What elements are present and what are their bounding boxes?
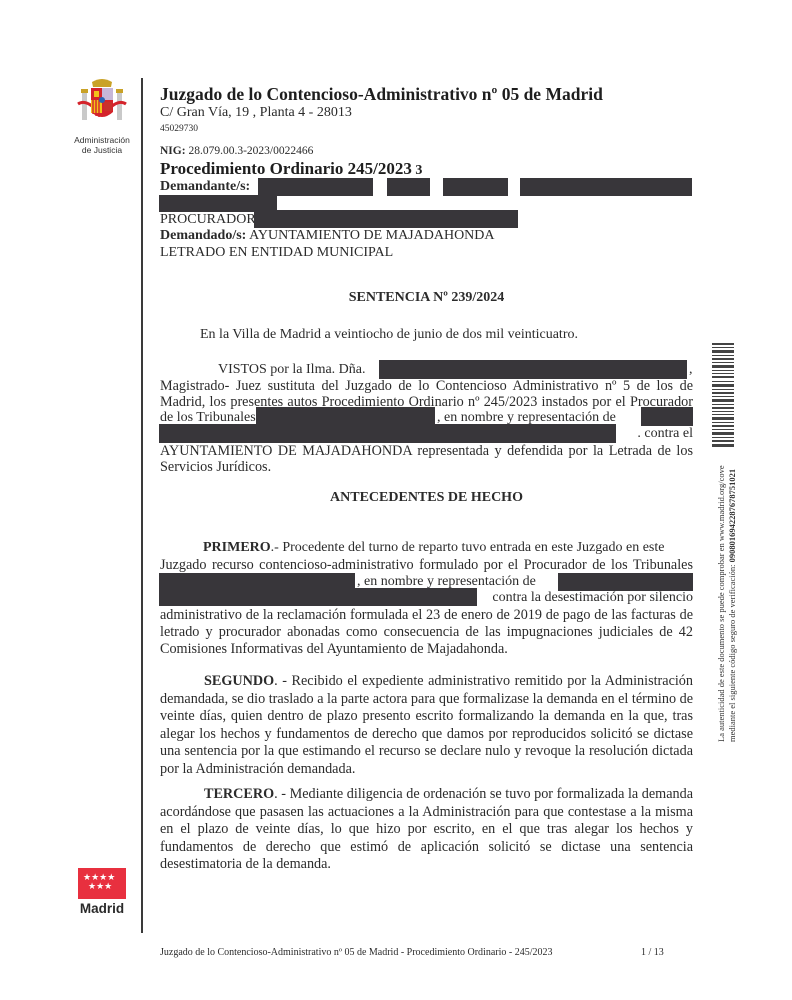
redaction-box — [254, 210, 518, 228]
redaction-box — [443, 178, 508, 196]
page-number: 1 / 13 — [641, 947, 664, 958]
madrid-flag-stars-icon: ★★★★ ★★★ — [78, 868, 126, 899]
redaction-box — [159, 424, 616, 443]
verification-line-1: La autenticidad de este documento se pue… — [716, 465, 726, 742]
procedure-suffix: 3 — [412, 163, 423, 178]
procedure-title: Procedimiento Ordinario 245/2023 3 — [160, 159, 422, 179]
defendant-value: AYUNTAMIENTO DE MAJADAHONDA — [246, 228, 494, 243]
tercero-paragraph: TERCERO. - Mediante diligencia de ordena… — [160, 786, 693, 874]
nig-label: NIG: — [160, 145, 186, 157]
verification-label: mediante el siguiente código seguro de v… — [727, 562, 737, 742]
comma: , — [689, 362, 693, 378]
lawyer-line: LETRADO EN ENTIDAD MUNICIPAL — [160, 245, 393, 261]
primero-text-1: .- Procedente del turno de reparto tuvo … — [271, 540, 665, 555]
caption-line-2: de Justicia — [74, 145, 130, 155]
vistos-line-5: . contra el — [618, 426, 693, 442]
redaction-box — [159, 588, 477, 606]
left-margin-rule — [141, 78, 143, 933]
redaction-box — [258, 178, 373, 196]
procedure-number: Procedimiento Ordinario 245/2023 — [160, 159, 412, 178]
madrid-logo-name: Madrid — [78, 901, 126, 916]
nig-value: 28.079.00.3-2023/0022466 — [186, 145, 314, 157]
tercero-label: TERCERO — [204, 786, 274, 802]
primero-line-2: Juzgado recurso contencioso-administrati… — [160, 556, 693, 574]
defendant-line: Demandado/s: AYUNTAMIENTO DE MAJADAHONDA — [160, 228, 495, 244]
sentence-title: SENTENCIA Nº 239/2024 — [160, 290, 693, 306]
vistos-intro: VISTOS por la Ilma. Dña. — [218, 362, 366, 378]
primero-line-6: letrado y procurador abonadas como conse… — [160, 623, 693, 641]
comunidad-madrid-logo: ★★★★ ★★★ Madrid — [78, 868, 126, 916]
primero-line-4: contra la desestimación por silencio — [481, 590, 693, 606]
spain-coat-of-arms-icon — [74, 78, 130, 128]
primero-line-1: PRIMERO.- Procedente del turno de repart… — [203, 540, 664, 556]
segundo-paragraph: SEGUNDO. - Recibido el expediente admini… — [160, 673, 693, 779]
administracion-justicia-logo: Administración de Justicia — [74, 78, 130, 155]
court-code: 45029730 — [160, 124, 198, 134]
redaction-box — [387, 178, 430, 196]
defendant-label: Demandado/s: — [160, 228, 246, 243]
verification-line-2: mediante el siguiente código seguro de v… — [727, 469, 737, 742]
date-line: En la Villa de Madrid a veintiocho de ju… — [200, 327, 578, 343]
redaction-box — [641, 407, 693, 426]
primero-line-7: Comisiones Informativas del Ayuntamiento… — [160, 640, 693, 658]
primero-label: PRIMERO — [203, 540, 271, 555]
primero-line-5: administrativo de la reclamación formula… — [160, 606, 693, 624]
nig-line: NIG: 28.079.00.3-2023/0022466 — [160, 145, 313, 157]
verification-code: 0908016942287678751021 — [727, 469, 737, 563]
barcode-icon — [712, 343, 734, 447]
segundo-label: SEGUNDO — [204, 673, 274, 689]
logo-caption: Administración de Justicia — [74, 135, 130, 155]
redaction-box — [558, 573, 693, 591]
court-name: Juzgado de lo Contencioso-Administrativo… — [160, 84, 603, 105]
page-footer: Juzgado de lo Contencioso-Administrativo… — [160, 947, 552, 958]
redaction-box — [520, 178, 692, 196]
plaintiff-label: Demandante/s: — [160, 179, 250, 194]
vistos-line-7: Servicios Jurídicos. — [160, 458, 693, 476]
caption-line-1: Administración — [74, 135, 130, 145]
court-address: C/ Gran Vía, 19 , Planta 4 - 28013 — [160, 105, 352, 121]
plaintiff-line: Demandante/s: — [160, 179, 250, 195]
section-title: ANTECEDENTES DE HECHO — [160, 490, 693, 506]
procurador-label: PROCURADOR — [160, 212, 256, 228]
